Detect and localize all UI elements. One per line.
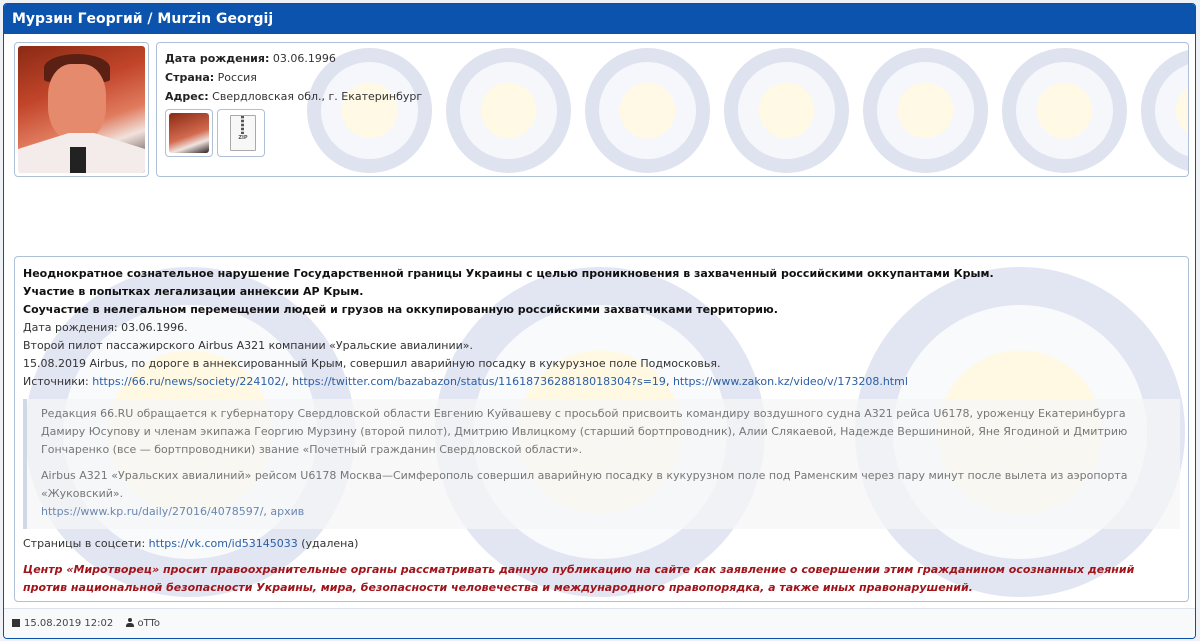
calendar-icon [12, 619, 20, 627]
profile-photo-image [18, 46, 145, 173]
post-date: 15.08.2019 12:02 [24, 618, 113, 629]
charge-line: Неоднократное сознательное нарушение Гос… [23, 265, 1180, 283]
social-line: Страницы в соцсети: https://vk.com/id531… [23, 535, 1180, 553]
profile-info-box: Дата рождения: 03.06.1996 Страна: Россия… [156, 42, 1189, 177]
source-link[interactable]: https://www.zakon.kz/video/v/173208.html [673, 375, 908, 388]
warning-notice: Центр «Миротворец» просит правоохранител… [23, 561, 1180, 597]
blockquote: Редакция 66.RU обращается к губернатору … [23, 399, 1180, 529]
description-content: Неоднократное сознательное нарушение Гос… [15, 257, 1188, 602]
field-birth-date: Дата рождения: 03.06.1996 [165, 49, 1180, 68]
info-line: 15.08.2019 Airbus, по дороге в аннексиро… [23, 355, 1180, 373]
panel-body: Дата рождения: 03.06.1996 Страна: Россия… [4, 34, 1195, 608]
info-line: Второй пилот пассажирского Airbus A321 к… [23, 337, 1180, 355]
charge-line: Соучастие в нелегальном перемещении люде… [23, 301, 1180, 319]
attachments: ZIP [165, 109, 1180, 157]
sources-line: Источники: https://66.ru/news/society/22… [23, 373, 1180, 391]
description-box: Неоднократное сознательное нарушение Гос… [14, 256, 1189, 602]
source-link[interactable]: https://twitter.com/bazabazon/status/116… [292, 375, 666, 388]
page-title: Мурзин Георгий / Murzin Georgij [4, 4, 1195, 34]
archive-link[interactable]: архив [270, 505, 304, 518]
user-icon [126, 618, 134, 627]
post-author[interactable]: oTTo [137, 618, 160, 629]
profile-fields: Дата рождения: 03.06.1996 Страна: Россия… [157, 43, 1188, 163]
source-link[interactable]: https://66.ru/news/society/224102/ [92, 375, 285, 388]
quote-paragraph: Редакция 66.RU обращается к губернатору … [41, 405, 1170, 459]
social-link[interactable]: https://vk.com/id53145033 [149, 537, 298, 550]
attachment-zip-file[interactable]: ZIP [217, 109, 265, 157]
info-line: Дата рождения: 03.06.1996. [23, 319, 1180, 337]
field-address: Адрес: Свердловская обл., г. Екатеринбур… [165, 87, 1180, 106]
photo-thumbnail-image [169, 113, 209, 153]
charge-line: Участие в попытках легализации аннексии … [23, 283, 1180, 301]
zip-file-icon: ZIP [221, 113, 261, 153]
panel-footer: 15.08.2019 12:02 oTTo [4, 608, 1195, 638]
attachment-photo-thumbnail[interactable] [165, 109, 213, 157]
field-country: Страна: Россия [165, 68, 1180, 87]
record-panel: Мурзин Георгий / Murzin Georgij Дата рож… [3, 3, 1196, 639]
quote-source-link[interactable]: https://www.kp.ru/daily/27016/4078597/ [41, 505, 263, 518]
quote-paragraph: Airbus A321 «Уральских авиалиний» рейсом… [41, 467, 1170, 521]
profile-photo[interactable] [14, 42, 149, 177]
